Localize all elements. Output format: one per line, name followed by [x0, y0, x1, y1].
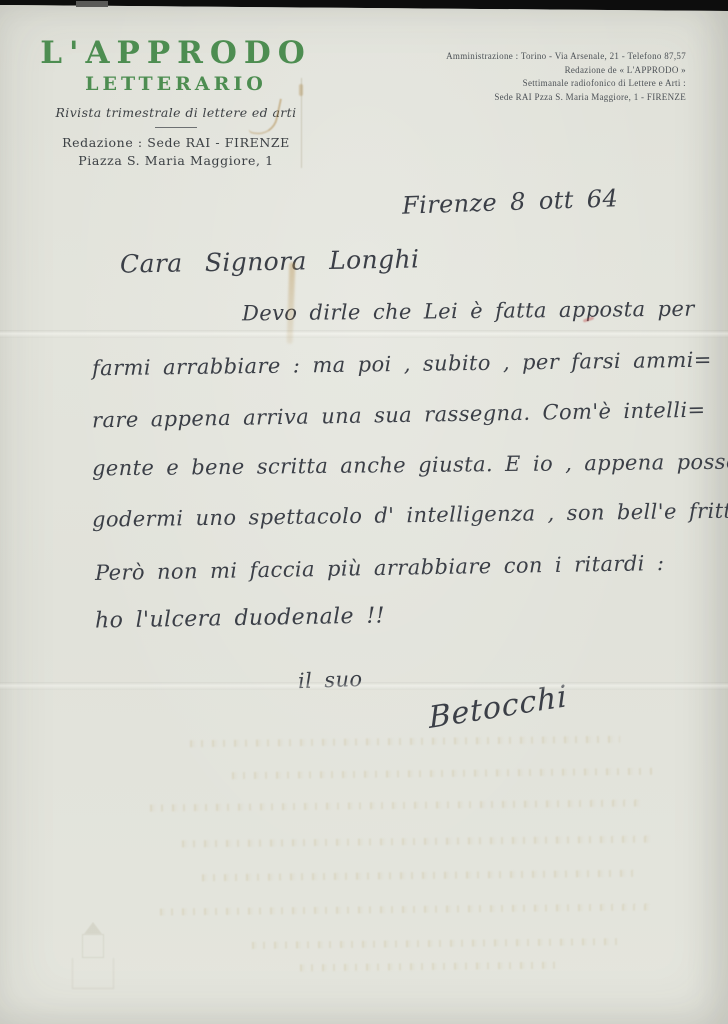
redazione-address-line-2: Piazza S. Maria Maggiore, 1	[40, 152, 312, 170]
admin-line-2: Redazione de « L'APPRODO »	[446, 64, 686, 78]
fold-crease-bottom	[0, 682, 728, 690]
handwritten-date: Firenze 8 ott 64	[402, 184, 619, 220]
magazine-subtitle: LETTERARIO	[40, 72, 312, 96]
showthrough-line	[300, 962, 560, 972]
watermark-base	[72, 958, 114, 989]
showthrough-line	[202, 870, 642, 882]
stain-hairline	[301, 78, 302, 168]
redazione-address-line-1: Redazione : Sede RAI - FIRENZE	[40, 134, 312, 152]
body-line: rare appena arriva una sua rassegna. Com…	[92, 398, 706, 433]
admin-line-4: Sede RAI Pzza S. Maria Maggiore, 1 - FIR…	[446, 91, 686, 105]
showthrough-line	[252, 938, 622, 949]
watermark-roof	[84, 922, 102, 934]
body-line: Però non mi faccia più arrabbiare con i …	[95, 551, 665, 585]
showthrough-line	[150, 799, 640, 811]
showthrough-line	[160, 903, 650, 915]
body-line: farmi arrabbiare : ma poi , subito , per…	[92, 348, 712, 381]
administration-block: Amministrazione : Torino - Via Arsenale,…	[446, 50, 686, 104]
salutation: Cara Signora Longhi	[120, 244, 420, 278]
scan-edge-artifact	[76, 1, 108, 7]
body-line: gente e bene scritta anche giusta. E io …	[92, 450, 728, 481]
showthrough-line	[182, 836, 652, 848]
admin-line-3: Settimanale radiofonico di Lettere e Art…	[446, 77, 686, 91]
letter-page: L'APPRODO LETTERARIO Rivista trimestrale…	[0, 0, 728, 1024]
showthrough-line	[190, 736, 620, 748]
magazine-title: L'APPRODO	[40, 36, 312, 70]
body-line: ho l'ulcera duodenale !!	[95, 603, 385, 633]
showthrough-line	[232, 768, 652, 779]
body-line: Devo dirle che Lei è fatta apposta per	[242, 297, 695, 326]
paper-watermark	[64, 922, 122, 998]
fold-crease-top	[0, 330, 728, 338]
body-line: godermi uno spettacolo d' intelligenza ,…	[92, 498, 728, 531]
admin-line-1: Amministrazione : Torino - Via Arsenale,…	[446, 50, 686, 64]
letterhead-divider	[155, 127, 197, 128]
watermark-body	[82, 934, 104, 958]
